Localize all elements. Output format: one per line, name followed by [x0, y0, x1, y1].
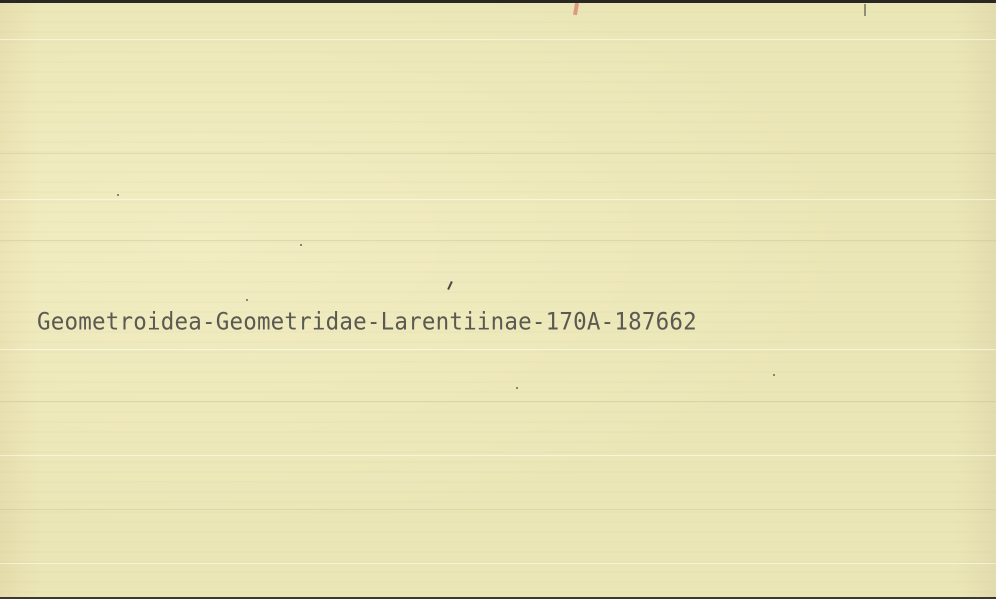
card-rule-line: [0, 153, 996, 154]
card-rule-line: [0, 401, 996, 402]
pencil-tick-mark: [864, 4, 866, 16]
card-rule-line: [0, 563, 996, 564]
card-rule-line: [0, 455, 996, 456]
red-ink-mark: [573, 3, 579, 15]
speck-mark: [246, 299, 248, 301]
speck-mark: [117, 194, 119, 196]
card-rule-line: [0, 199, 996, 200]
card-rule-line: [0, 240, 996, 241]
card-rule-line: [0, 39, 996, 40]
specimen-label: Geometroidea-Geometridae-Larentiinae-170…: [37, 308, 697, 336]
speck-mark: [516, 387, 518, 389]
card-rule-line: [0, 349, 996, 350]
pencil-slash-mark: [447, 281, 453, 290]
card-rule-line: [0, 509, 996, 510]
speck-mark: [773, 374, 775, 376]
index-card: Geometroidea-Geometridae-Larentiinae-170…: [0, 3, 996, 597]
speck-mark: [300, 244, 302, 246]
